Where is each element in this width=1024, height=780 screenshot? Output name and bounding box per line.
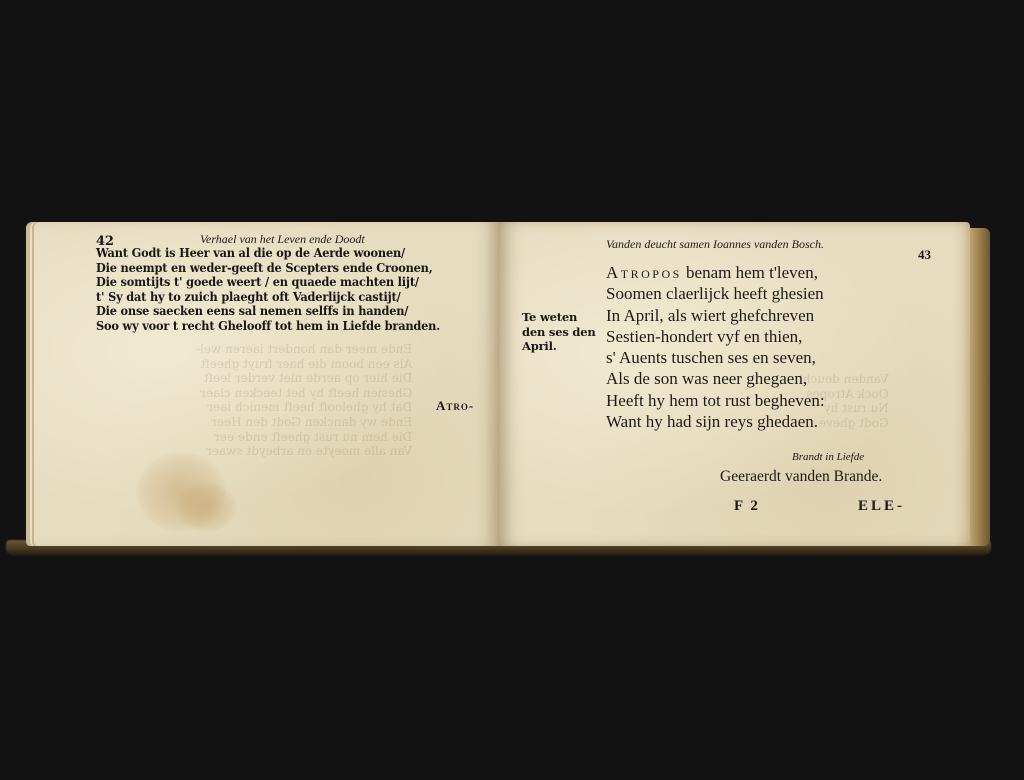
margin-note-line: Te weten	[522, 310, 596, 325]
running-head: Vanden deucht samen Ioannes vanden Bosch…	[606, 237, 824, 252]
margin-note-line: April.	[522, 339, 596, 354]
poem-line: s' Auents tuschen ses en seven,	[606, 347, 825, 368]
signature-mark: F 2	[734, 498, 760, 515]
verse-block: Want Godt is Heer van al die op de Aerde…	[96, 246, 466, 334]
page-number: 43	[918, 247, 931, 263]
catchword: Atro-	[436, 398, 474, 414]
poem-line: Soomen claerlijck heeft ghesien	[606, 283, 825, 304]
poem-line: Atropos benam hem t'leven,	[606, 262, 825, 283]
verse-line: Die onse saecken eens sal nemen selffs i…	[96, 304, 440, 319]
poem-line: Als de son was neer ghegaen,	[606, 368, 825, 389]
poem-line: Sestien-hondert vyf en thien,	[606, 326, 825, 347]
poem-line: In April, als wiert ghefchreven	[606, 305, 825, 326]
photo-scene: Ende meer dan hondert iaeren wel- Als ee…	[0, 0, 1024, 780]
catchword: ELE-	[858, 498, 905, 515]
verse-line: t' Sy dat hy to zuich plaeght oft Vaderl…	[96, 290, 440, 305]
verse-line: Soo wy voor t recht Ghelooff tot hem in …	[96, 319, 440, 334]
open-book: Ende meer dan hondert iaeren wel- Als ee…	[26, 222, 992, 552]
poem-line: Want hy had sijn reys ghedaen.	[606, 411, 825, 432]
water-stain	[176, 482, 236, 532]
margin-note: Te weten den ses den April.	[522, 310, 596, 354]
drop-word: Atropos	[606, 263, 682, 282]
running-head: Verhael van het Leven ende Doodt	[200, 232, 365, 247]
right-page: Vanden deucht Oock Atropos Nu rust hy Go…	[498, 222, 970, 546]
poem-line: Heeft hy hem tot rust begheven:	[606, 390, 825, 411]
author-name: Geeraerdt vanden Brande.	[720, 468, 882, 486]
verse-line: Want Godt is Heer van al die op de Aerde…	[96, 246, 440, 261]
verse-line: Die neempt en weder-geeft de Scepters en…	[96, 261, 440, 276]
verse-line: Die somtijts t' goede weert / en quaede …	[96, 275, 440, 290]
margin-note-line: den ses den	[522, 325, 596, 340]
poem: Atropos benam hem t'leven, Soomen claerl…	[606, 262, 825, 432]
bleed-through-text: Ende meer dan hondert iaeren wel- Als ee…	[196, 342, 412, 459]
motto: Brandt in Liefde	[792, 451, 864, 463]
left-page: Ende meer dan hondert iaeren wel- Als ee…	[26, 222, 498, 546]
